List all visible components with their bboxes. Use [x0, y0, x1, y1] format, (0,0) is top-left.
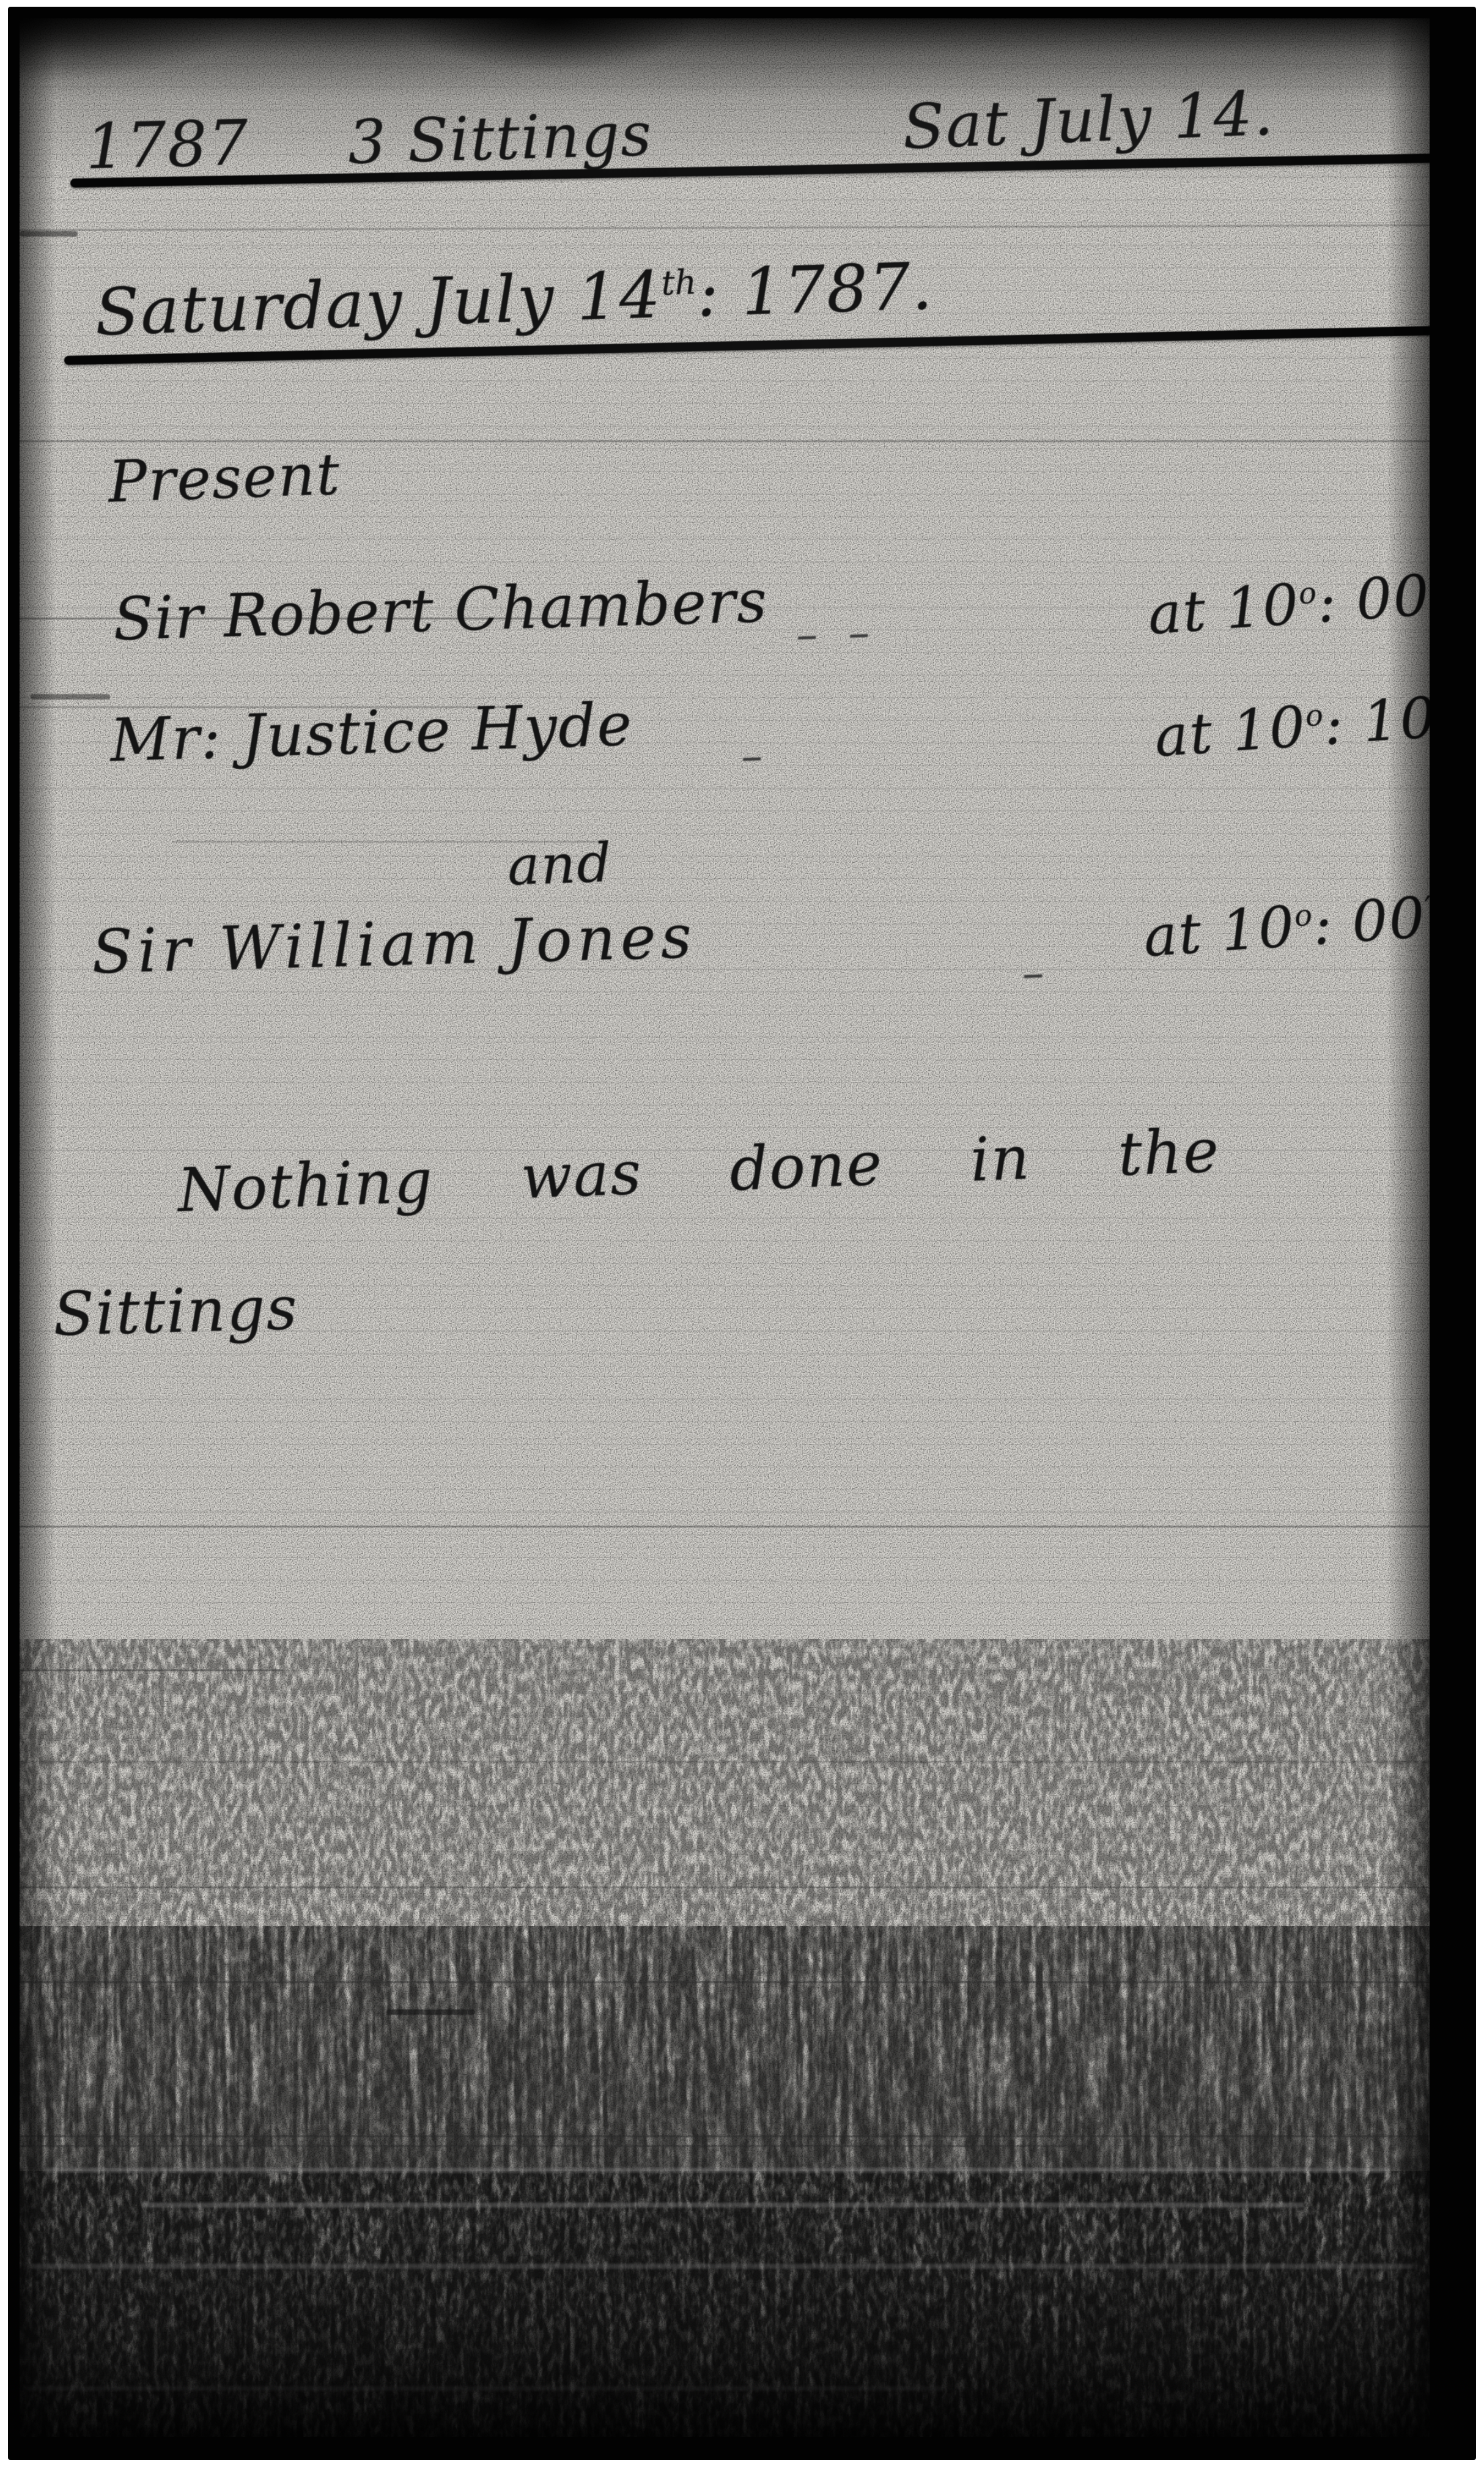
date-heading-tail: : 1787. [696, 248, 935, 331]
paper-sheet: 1787 3 Sittings Sat July 14. Saturday Ju… [20, 18, 1430, 2437]
scanned-manuscript-page: 1787 3 Sittings Sat July 14. Saturday Ju… [0, 0, 1484, 2468]
top-scan-shadow [20, 18, 1430, 202]
scan-line [20, 1761, 1430, 1763]
scan-line [20, 440, 1430, 442]
present-label: Present [107, 441, 342, 515]
scan-line [20, 1526, 1430, 1528]
scan-line [20, 1886, 1430, 1888]
note-line-2: Sittings [53, 1274, 300, 1350]
attendee-leader-dashes: – – [796, 607, 879, 660]
left-edge-vignette [20, 18, 56, 2437]
conjunction-and: and [506, 831, 613, 898]
date-heading-superscript: th [660, 262, 697, 303]
right-edge-vignette [1387, 18, 1430, 2437]
attendee-leader-dashes: – [1022, 947, 1054, 999]
scan-line [20, 1669, 282, 1671]
attendee-leader-dashes: – [740, 730, 772, 781]
bottom-scan-shadow [20, 1929, 1430, 2437]
